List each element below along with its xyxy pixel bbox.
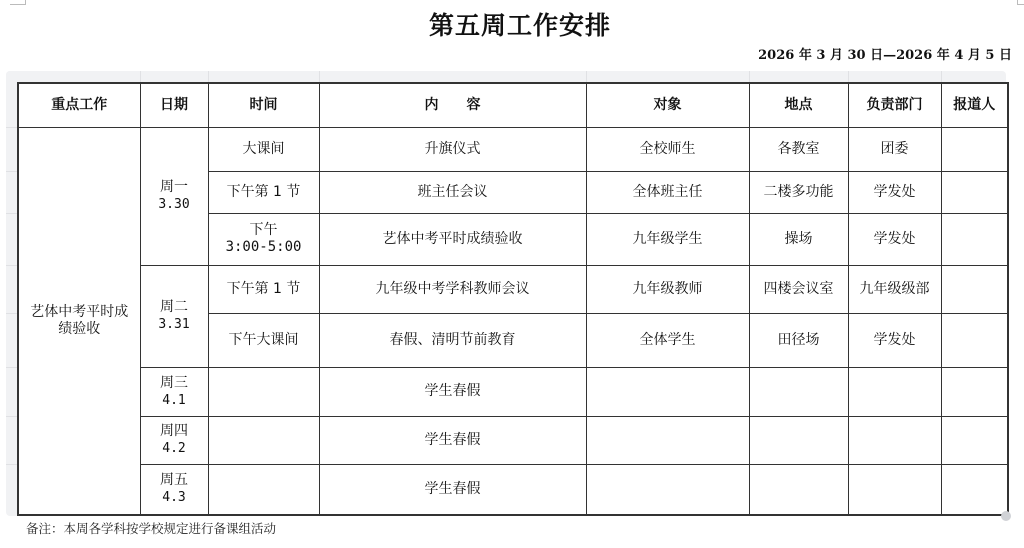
location-cell[interactable]: 田径场: [749, 313, 848, 367]
header-department[interactable]: 负责部门: [848, 83, 941, 127]
date-label: 4.3: [143, 489, 206, 506]
target-cell[interactable]: 九年级学生: [586, 213, 749, 265]
department-cell[interactable]: [848, 416, 941, 464]
footnote: 备注：本周各学科按学校规定进行备课组活动: [26, 519, 276, 537]
table-row: 周三 4.1 学生春假: [18, 367, 1008, 416]
date-cell-tue[interactable]: 周二 3.31: [140, 265, 208, 367]
table-row: 周二 3.31 下午第 1 节 九年级中考学科教师会议 九年级教师 四楼会议室 …: [18, 265, 1008, 313]
content-cell[interactable]: 班主任会议: [319, 171, 586, 213]
content-cell[interactable]: 升旗仪式: [319, 127, 586, 171]
time-cell[interactable]: [208, 367, 319, 416]
reporter-cell[interactable]: [941, 127, 1008, 171]
target-cell[interactable]: [586, 464, 749, 515]
department-cell[interactable]: 团委: [848, 127, 941, 171]
header-reporter[interactable]: 报道人: [941, 83, 1008, 127]
reporter-cell[interactable]: [941, 416, 1008, 464]
target-cell[interactable]: 全体学生: [586, 313, 749, 367]
date-range: 2026 年 3 月 30 日—2026 年 4 月 5 日: [758, 44, 1012, 63]
reporter-cell[interactable]: [941, 265, 1008, 313]
target-cell[interactable]: 全体班主任: [586, 171, 749, 213]
time-cell[interactable]: 下午大课间: [208, 313, 319, 367]
location-cell[interactable]: 二楼多功能: [749, 171, 848, 213]
day-label: 周一: [143, 179, 206, 196]
day-label: 周四: [143, 423, 206, 440]
header-location[interactable]: 地点: [749, 83, 848, 127]
key-work-cell[interactable]: 艺体中考平时成 绩验收: [18, 127, 140, 515]
department-cell[interactable]: [848, 367, 941, 416]
location-cell[interactable]: [749, 416, 848, 464]
location-cell[interactable]: [749, 464, 848, 515]
reporter-cell[interactable]: [941, 464, 1008, 515]
day-label: 周三: [143, 375, 206, 392]
time-cell[interactable]: 下午第 1 节: [208, 171, 319, 213]
target-cell[interactable]: 全校师生: [586, 127, 749, 171]
date-label: 4.1: [143, 392, 206, 409]
time-cell[interactable]: 大课间: [208, 127, 319, 171]
content-cell[interactable]: 春假、清明节前教育: [319, 313, 586, 367]
page-corner-mark: [10, 0, 26, 5]
header-date[interactable]: 日期: [140, 83, 208, 127]
table-header-row: 重点工作 日期 时间 内 容 对象 地点 负责部门 报道人: [18, 83, 1008, 127]
time-cell[interactable]: 下午第 1 节: [208, 265, 319, 313]
date-cell-mon[interactable]: 周一 3.30: [140, 127, 208, 265]
time-cell[interactable]: [208, 464, 319, 515]
reporter-cell[interactable]: [941, 367, 1008, 416]
content-cell[interactable]: 九年级中考学科教师会议: [319, 265, 586, 313]
content-cell[interactable]: 学生春假: [319, 367, 586, 416]
date-label: 3.30: [143, 196, 206, 213]
target-cell[interactable]: [586, 416, 749, 464]
reporter-cell[interactable]: [941, 313, 1008, 367]
date-label: 4.2: [143, 440, 206, 457]
reporter-cell[interactable]: [941, 213, 1008, 265]
header-key-work[interactable]: 重点工作: [18, 83, 140, 127]
location-cell[interactable]: 四楼会议室: [749, 265, 848, 313]
reporter-cell[interactable]: [941, 171, 1008, 213]
time-cell[interactable]: 下午 3:00-5:00: [208, 213, 319, 265]
day-label: 周五: [143, 472, 206, 489]
table-row: 艺体中考平时成 绩验收 周一 3.30 大课间 升旗仪式 全校师生 各教室 团委: [18, 127, 1008, 171]
time-cell[interactable]: [208, 416, 319, 464]
department-cell[interactable]: 学发处: [848, 313, 941, 367]
content-cell[interactable]: 学生春假: [319, 416, 586, 464]
department-cell[interactable]: 学发处: [848, 171, 941, 213]
date-cell-wed[interactable]: 周三 4.1: [140, 367, 208, 416]
header-content[interactable]: 内 容: [319, 83, 586, 127]
department-cell[interactable]: 九年级级部: [848, 265, 941, 313]
table-row: 周五 4.3 学生春假: [18, 464, 1008, 515]
department-cell[interactable]: [848, 464, 941, 515]
header-target[interactable]: 对象: [586, 83, 749, 127]
location-cell[interactable]: 各教室: [749, 127, 848, 171]
document-title: 第五周工作安排: [0, 6, 1024, 42]
target-cell[interactable]: [586, 367, 749, 416]
location-cell[interactable]: 操场: [749, 213, 848, 265]
target-cell[interactable]: 九年级教师: [586, 265, 749, 313]
date-cell-thu[interactable]: 周四 4.2: [140, 416, 208, 464]
table-resize-handle[interactable]: [1001, 511, 1011, 521]
header-time[interactable]: 时间: [208, 83, 319, 127]
date-label: 3.31: [143, 316, 206, 333]
schedule-table: 重点工作 日期 时间 内 容 对象 地点 负责部门 报道人 艺体中考平时成 绩验…: [17, 82, 1009, 516]
department-cell[interactable]: 学发处: [848, 213, 941, 265]
location-cell[interactable]: [749, 367, 848, 416]
content-cell[interactable]: 艺体中考平时成绩验收: [319, 213, 586, 265]
page-corner-mark-right: [1017, 0, 1024, 5]
content-cell[interactable]: 学生春假: [319, 464, 586, 515]
day-label: 周二: [143, 299, 206, 316]
table-row: 周四 4.2 学生春假: [18, 416, 1008, 464]
date-cell-fri[interactable]: 周五 4.3: [140, 464, 208, 515]
